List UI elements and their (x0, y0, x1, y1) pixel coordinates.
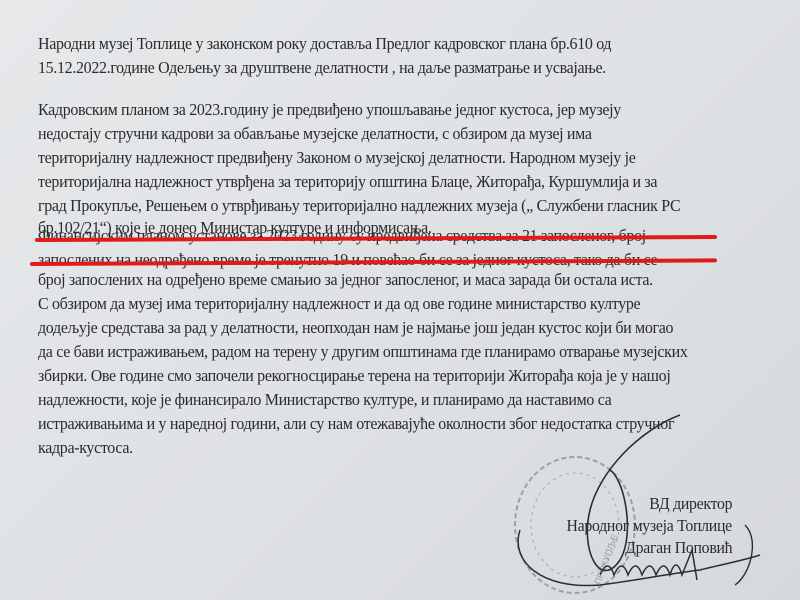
text-line: Кадровским планом за 2023.годину је пред… (38, 100, 621, 120)
signature-name: Драган Поповић (625, 538, 732, 558)
text-line: територијална надлежност утврђена за тер… (38, 172, 657, 192)
text-line: Народни музеј Топлице у законском року д… (38, 34, 611, 54)
signature-institution: Народног музеја Топлице (567, 516, 732, 536)
text-line: кадра-кустоса. (38, 438, 133, 458)
text-line: надлежности, које је финансирало Министа… (38, 390, 611, 410)
scanned-document: Народни музеј Топлице у законском року д… (0, 0, 800, 600)
text-line: збирки. Ове године смо започели рекогнос… (38, 366, 670, 386)
text-line: да се бави истраживањем, радом на терену… (38, 342, 688, 362)
text-line: број запослених на одређено време смањио… (38, 270, 653, 290)
text-line: град Прокупље, Решењем о утврђивању тери… (38, 196, 680, 216)
text-line: додељује средстава за рад у делатности, … (38, 318, 673, 338)
text-line: територијалну надлежност предвиђену Зако… (38, 148, 635, 168)
text-line: истраживањима и у наредној години, али с… (38, 414, 674, 434)
signature-title: ВД директор (649, 494, 732, 514)
text-line: недостају стручни кадрови за обављање му… (38, 124, 592, 144)
svg-text:ПРОКУПЉЕ: ПРОКУПЉЕ (592, 533, 619, 586)
text-line: 15.12.2022.године Одељењу за друштвене д… (38, 58, 606, 78)
text-line: С обзиром да музеј има територијалну над… (38, 294, 640, 314)
